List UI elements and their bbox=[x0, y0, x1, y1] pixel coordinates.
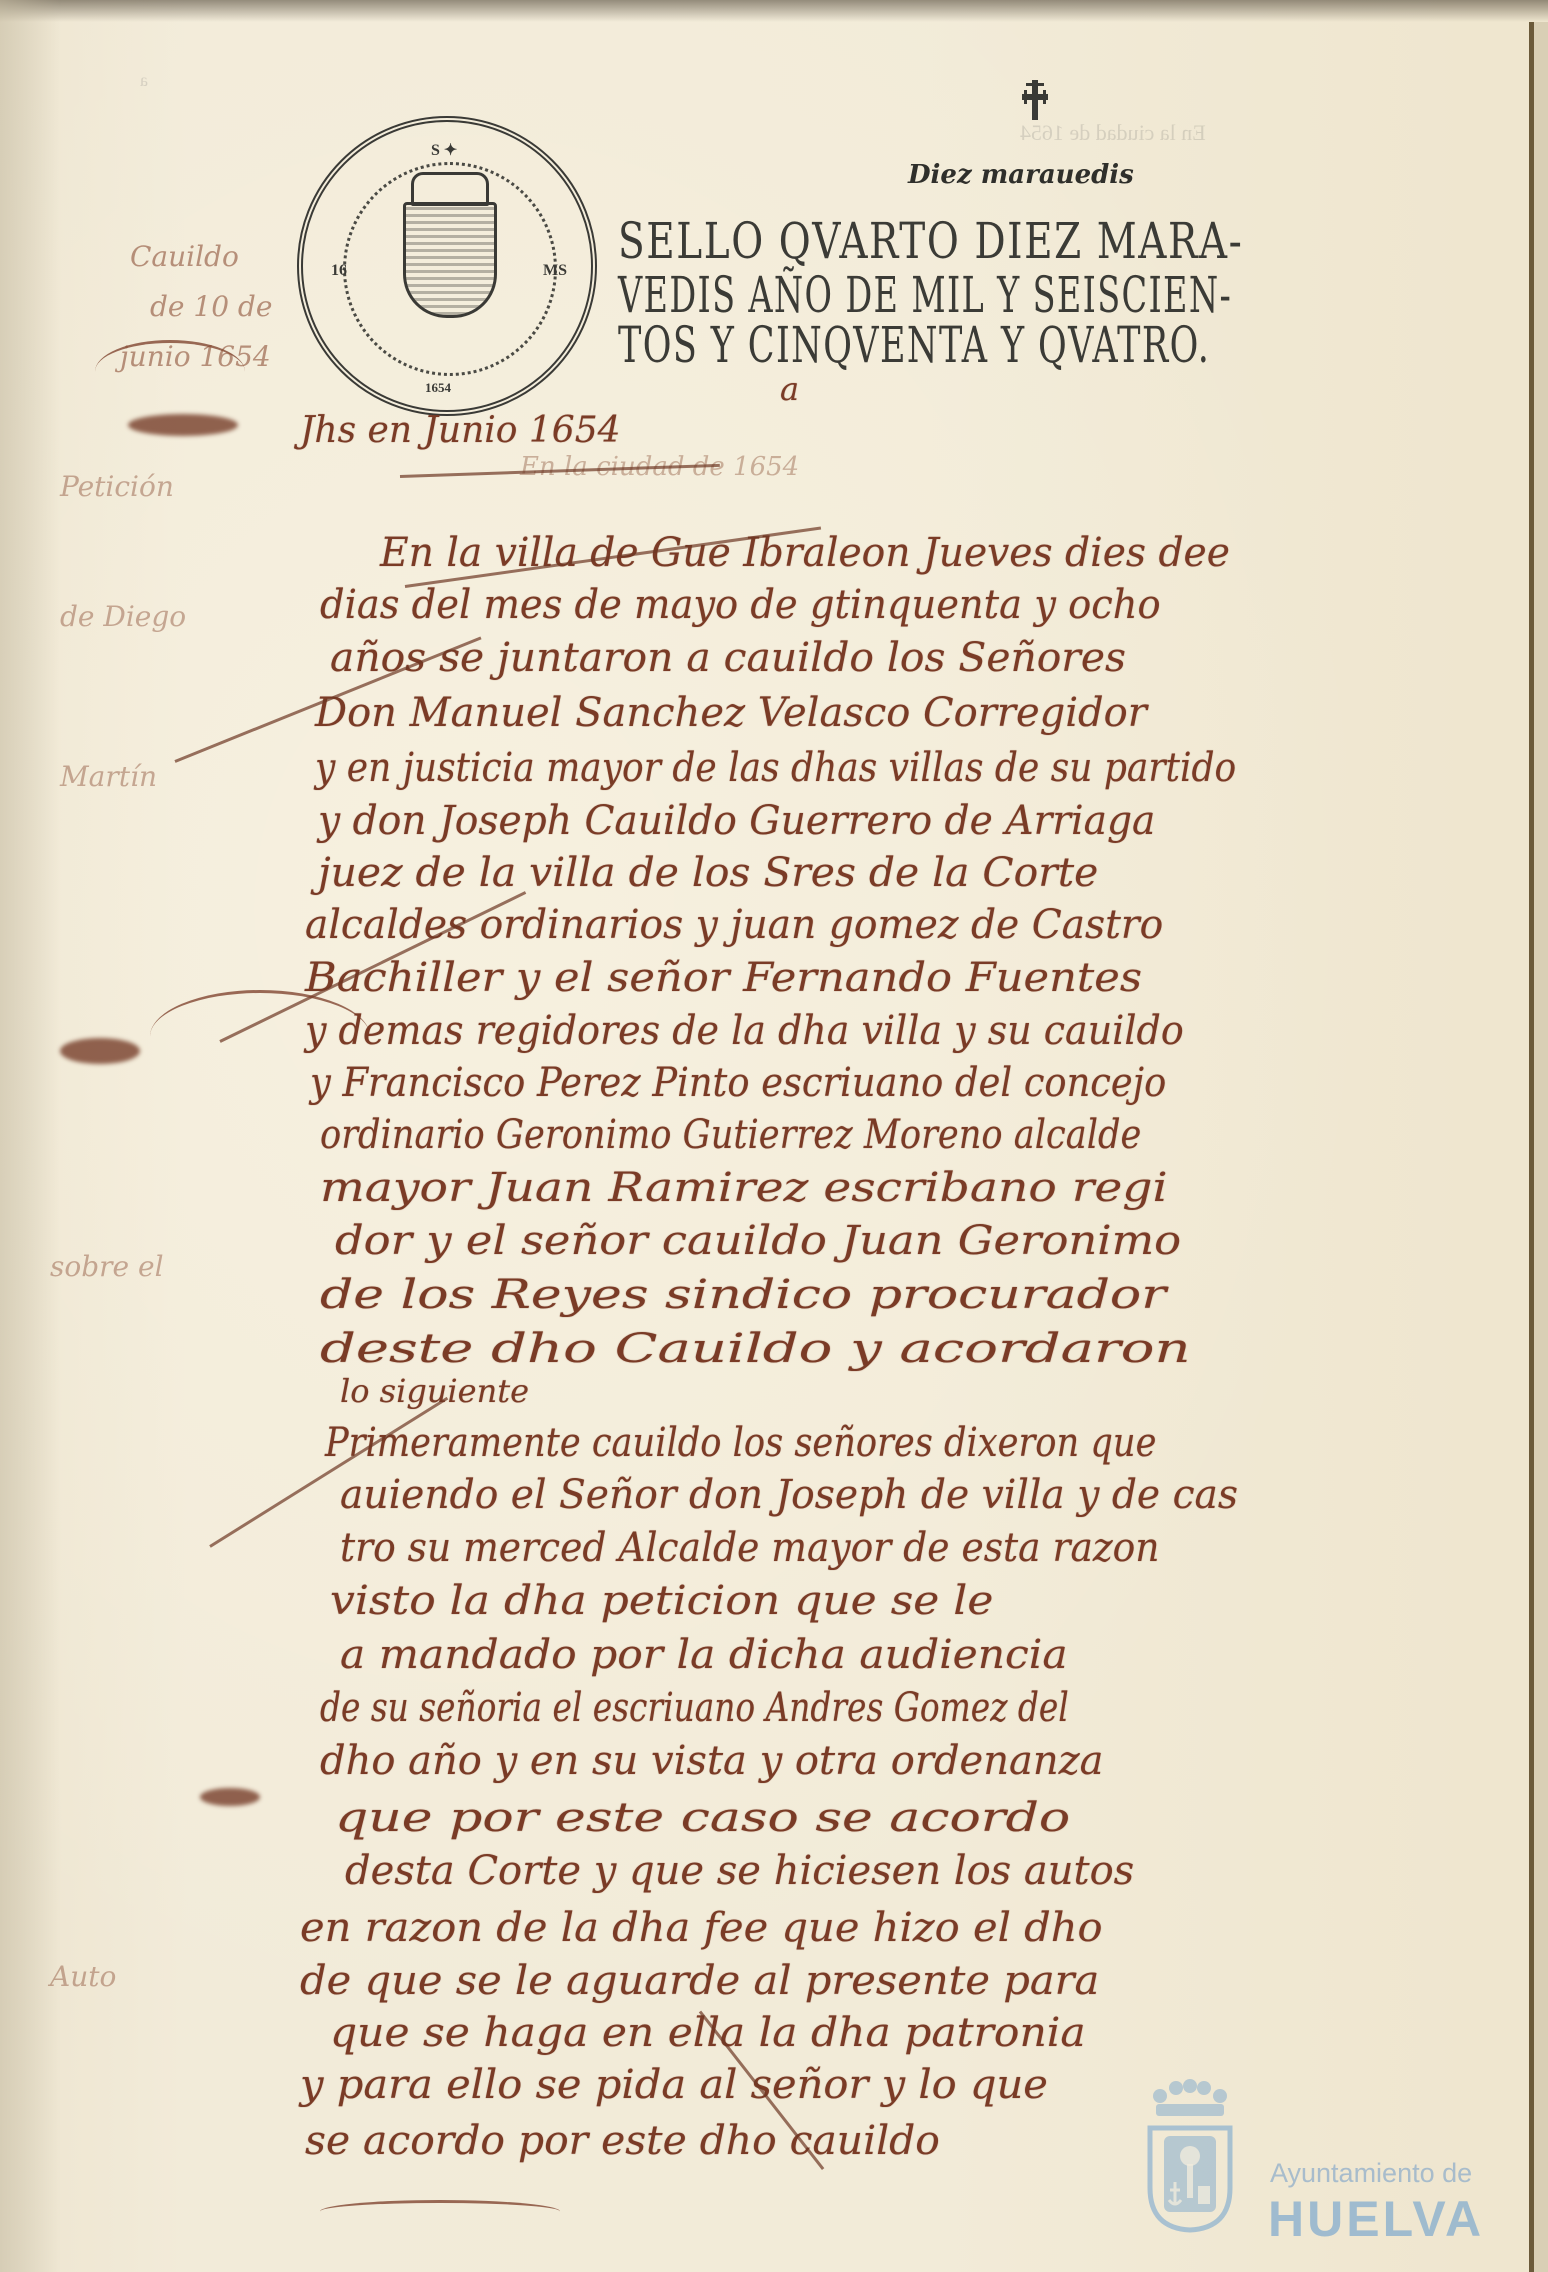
ink-blot bbox=[200, 1788, 260, 1806]
page-left-fold bbox=[0, 0, 60, 2272]
manuscript-line: y en justicia mayor de las dhas villas d… bbox=[315, 745, 1236, 791]
seal-bottom-label: 1654 bbox=[425, 380, 451, 396]
manuscript-line: de los Reyes sindico procurador bbox=[320, 1272, 1166, 1318]
manuscript-line: Primeramente cauildo los señores dixeron… bbox=[325, 1420, 1156, 1466]
huelva-coat-of-arms-icon bbox=[1142, 2078, 1238, 2234]
manuscript-line: y para ello se pida al señor y lo que bbox=[300, 2062, 1048, 2108]
seal-left-label: 16 bbox=[331, 262, 347, 280]
manuscript-line: Don Manuel Sanchez Velasco Corregidor bbox=[315, 690, 1147, 736]
seal-top-label: S ✦ bbox=[431, 140, 457, 160]
margin-note: de 10 de bbox=[150, 290, 272, 323]
manuscript-line: y don Joseph Cauildo Guerrero de Arriaga bbox=[318, 798, 1155, 844]
pen-flourish bbox=[320, 2200, 560, 2223]
manuscript-line: y Francisco Perez Pinto escriuano del co… bbox=[310, 1060, 1166, 1106]
ink-blot bbox=[128, 414, 238, 436]
manuscript-line: y demas regidores de la dha villa y su c… bbox=[305, 1008, 1184, 1054]
royal-seal: S ✦ 16 MS 1654 bbox=[297, 116, 597, 416]
manuscript-line: ordinario Geronimo Gutierrez Moreno alca… bbox=[320, 1112, 1141, 1158]
manuscript-line: En la villa de Gue Ibraleon Jueves dies … bbox=[380, 530, 1230, 576]
cross-icon bbox=[1020, 80, 1050, 120]
manuscript-page: En la ciudad de 1654 a S ✦ 16 MS 1654 Di… bbox=[0, 0, 1548, 2272]
manuscript-line: a mandado por la dicha audiencia bbox=[340, 1632, 1068, 1678]
stamp-denomination: Diez marauedis bbox=[908, 160, 1134, 190]
manuscript-line: desta Corte y que se hiciesen los autos bbox=[345, 1848, 1134, 1894]
watermark-line1: Ayuntamiento de bbox=[1270, 2158, 1472, 2189]
stamp-line-1: SELLO QVARTO DIEZ MARA- bbox=[618, 212, 1297, 270]
manuscript-line: alcaldes ordinarios y juan gomez de Cast… bbox=[305, 902, 1163, 948]
ink-blot bbox=[60, 1038, 140, 1064]
manuscript-line: mayor Juan Ramirez escribano regi bbox=[320, 1165, 1168, 1211]
manuscript-line: de su señoria el escriuano Andres Gomez … bbox=[320, 1685, 1069, 1731]
bleed-through-corner: a bbox=[140, 70, 148, 91]
page-top-shadow bbox=[0, 0, 1548, 22]
margin-note: Auto bbox=[50, 1960, 116, 1993]
watermark-line2: HUELVA bbox=[1268, 2190, 1484, 2248]
manuscript-mark: a bbox=[780, 370, 799, 408]
coat-of-arms-icon bbox=[403, 202, 497, 318]
manuscript-line: se acordo por este dho cauildo bbox=[305, 2118, 940, 2164]
manuscript-line: visto la dha peticion que se le bbox=[330, 1578, 993, 1624]
manuscript-line: años se juntaron a cauildo los Señores bbox=[330, 635, 1126, 681]
margin-note: Martín bbox=[60, 760, 157, 793]
adjacent-page-edge bbox=[1534, 22, 1548, 2272]
manuscript-line: que se haga en ella la dha patronia bbox=[330, 2010, 1086, 2056]
crown-icon bbox=[411, 172, 489, 206]
manuscript-line: dho año y en su vista y otra ordenanza bbox=[320, 1738, 1104, 1784]
margin-note: Petición bbox=[60, 470, 174, 503]
manuscript-header: Jhs en Junio 1654 bbox=[300, 410, 621, 451]
manuscript-line: Bachiller y el señor Fernando Fuentes bbox=[305, 955, 1142, 1001]
manuscript-line: auiendo el Señor don Joseph de villa y d… bbox=[340, 1472, 1238, 1518]
manuscript-line: juez de la villa de los Sres de la Corte bbox=[318, 850, 1098, 896]
manuscript-line: dor y el señor cauildo Juan Geronimo bbox=[335, 1218, 1181, 1264]
margin-note: junio 1654 bbox=[120, 340, 271, 373]
manuscript-line: que por este caso se acordo bbox=[335, 1795, 1070, 1841]
manuscript-line: de que se le aguarde al presente para bbox=[300, 1958, 1099, 2004]
margin-note: Cauildo bbox=[130, 240, 239, 273]
manuscript-line: tro su merced Alcalde mayor de esta razo… bbox=[340, 1525, 1160, 1571]
manuscript-line: deste dho Cauildo y acordaron bbox=[320, 1326, 1191, 1372]
margin-note: sobre el bbox=[50, 1250, 164, 1283]
seal-right-label: MS bbox=[543, 262, 567, 280]
margin-note: de Diego bbox=[60, 600, 186, 633]
bleed-through-text: En la ciudad de 1654 bbox=[1020, 120, 1206, 146]
stamp-line-3: TOS Y CINQVENTA Y QVATRO. bbox=[618, 316, 1227, 374]
manuscript-line: en razon de la dha fee que hizo el dho bbox=[300, 1905, 1103, 1951]
pen-flourish bbox=[150, 990, 370, 1083]
manuscript-line: dias del mes de mayo de gtinquenta y och… bbox=[320, 582, 1161, 628]
